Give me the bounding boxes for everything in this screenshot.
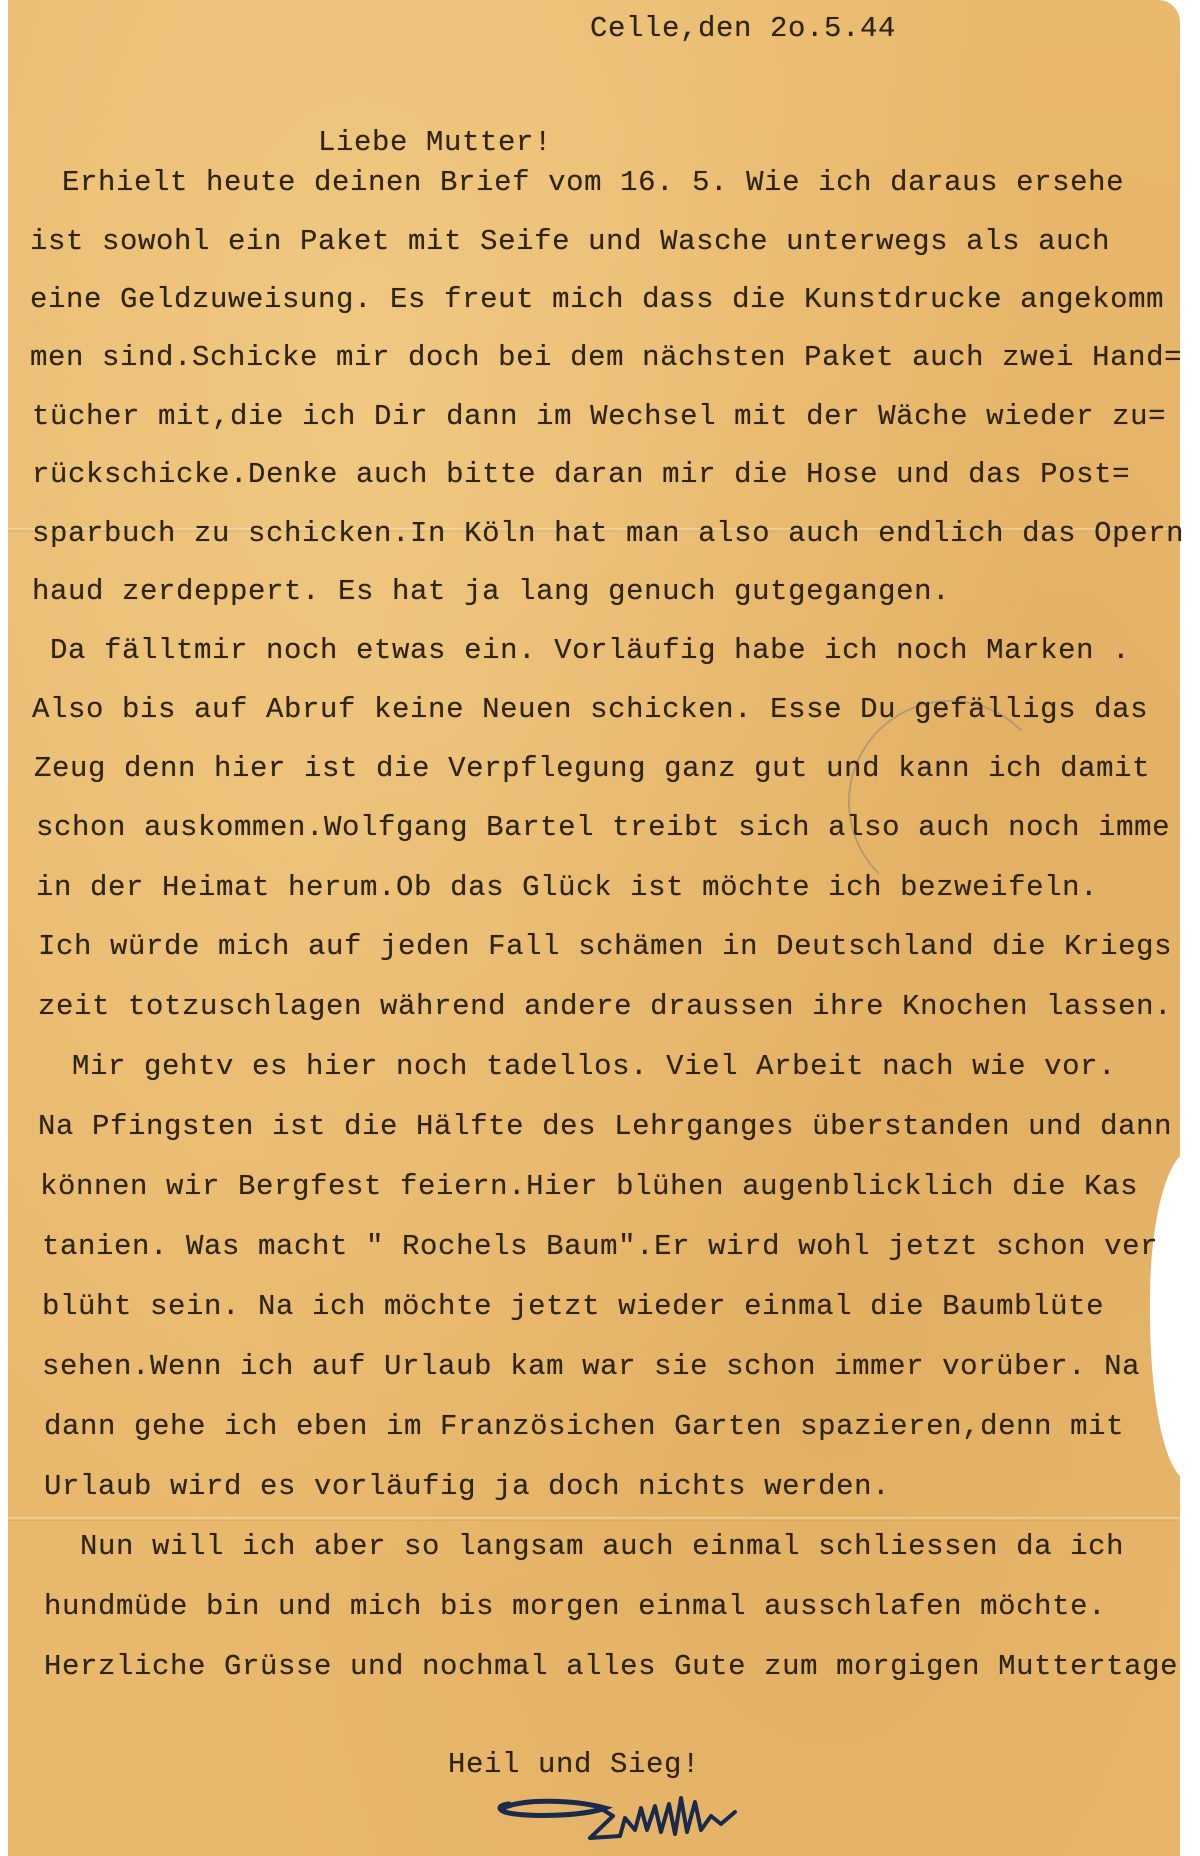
salutation: Liebe Mutter! [318,126,552,159]
body-line: Herzliche Grüsse und nochmal alles Gute … [44,1650,1178,1683]
body-line: Na Pfingsten ist die Hälfte des Lehrgang… [38,1110,1172,1143]
body-line: haud zerdeppert. Es hat ja lang genuch g… [32,575,950,608]
body-line: rückschicke.Denke auch bitte daran mir d… [32,458,1130,491]
body-line: zeit totzuschlagen während andere drauss… [38,990,1172,1023]
body-line: Erhielt heute deinen Brief vom 16. 5. Wi… [62,166,1124,199]
body-line: blüht sein. Na ich möchte jetzt wieder e… [42,1290,1104,1323]
letter-paper [8,0,1180,1856]
signature-icon [495,1790,755,1850]
body-line: Mir gehtv es hier noch tadellos. Viel Ar… [72,1050,1116,1083]
body-line: ist sowohl ein Paket mit Seife und Wasch… [30,225,1110,258]
body-line: Zeug denn hier ist die Verpflegung ganz … [34,752,1150,785]
body-line: sparbuch zu schicken.In Köln hat man als… [32,517,1184,550]
body-line: eine Geldzuweisung. Es freut mich dass d… [30,283,1164,316]
body-line: men sind.Schicke mir doch bei dem nächst… [30,341,1182,374]
body-line: schon auskommen.Wolfgang Bartel treibt s… [36,811,1170,844]
body-line: hundmüde bin und mich bis morgen einmal … [44,1590,1106,1623]
body-line: Nun will ich aber so langsam auch einmal… [80,1530,1124,1563]
body-line: Ich würde mich auf jeden Fall schämen in… [38,930,1172,963]
closing: Heil und Sieg! [448,1748,700,1781]
body-line: sehen.Wenn ich auf Urlaub kam war sie sc… [42,1350,1140,1383]
body-line: können wir Bergfest feiern.Hier blühen a… [40,1170,1138,1203]
body-line: dann gehe ich eben im Französichen Garte… [44,1410,1124,1443]
body-line: tanien. Was macht " Rochels Baum".Er wir… [42,1230,1158,1263]
body-line: tücher mit,die ich Dir dann im Wechsel m… [32,400,1166,433]
body-line: Da fälltmir noch etwas ein. Vorläufig ha… [50,634,1130,667]
body-line: Also bis auf Abruf keine Neuen schicken.… [32,693,1148,726]
place-date: Celle,den 2o.5.44 [590,12,896,45]
body-line: Urlaub wird es vorläufig ja doch nichts … [44,1470,890,1503]
body-line: in der Heimat herum.Ob das Glück ist möc… [36,871,1098,904]
torn-edge [1150,1150,1200,1480]
fold-crease [8,1517,1180,1521]
